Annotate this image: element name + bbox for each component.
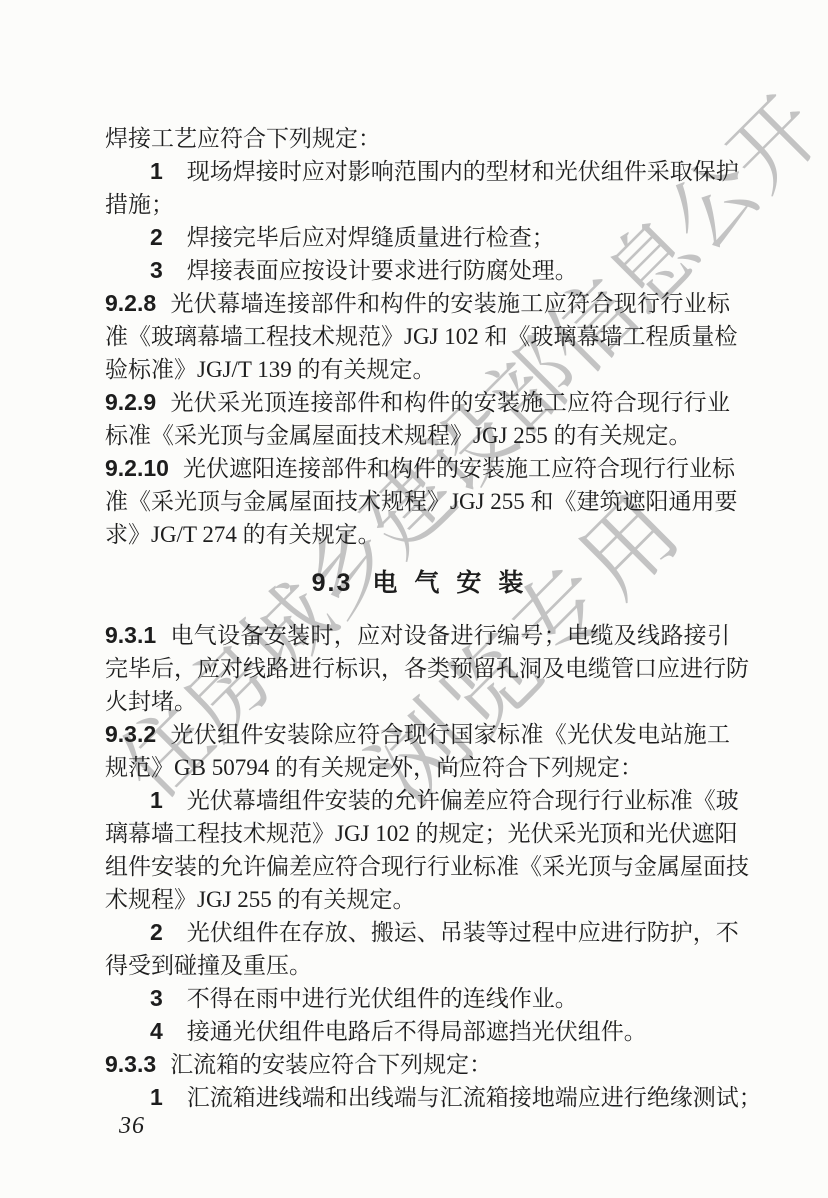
item-number: 4 [150,1018,163,1044]
text-line: 完毕后，应对线路进行标识，各类预留孔洞及电缆管口应进行防 [105,652,730,685]
line-text: 光伏幕墙连接部件和构件的安装施工应符合现行行业标 [170,291,730,316]
item-number: 3 [150,257,163,283]
text-line: 9.3.2光伏组件安装除应符合现行国家标准《光伏发电站施工 [105,718,730,751]
text-line: 1光伏幕墙组件安装的允许偏差应符合现行行业标准《玻 [105,784,730,817]
line-text: 电气设备安装时，应对设备进行编号；电缆及线路接引 [170,623,730,648]
clause-number: 9.3.1 [105,622,156,648]
text-line: 9.3.1电气设备安装时，应对设备进行编号；电缆及线路接引 [105,619,730,652]
line-text: 现场焊接时应对影响范围内的型材和光伏组件采取保护 [187,159,739,184]
line-text: 汇流箱进线端和出线端与汇流箱接地端应进行绝缘测试； [187,1085,762,1110]
line-text: 措施； [105,192,174,217]
text-line: 组件安装的允许偏差应符合现行行业标准《采光顶与金属屋面技 [105,850,730,883]
text-line: 规范》GB 50794 的有关规定外，尚应符合下列规定： [105,751,730,784]
line-text: 光伏幕墙组件安装的允许偏差应符合现行行业标准《玻 [187,788,739,813]
text-line: 准《采光顶与金属屋面技术规程》JGJ 255 和《建筑遮阳通用要 [105,485,730,518]
text-line: 准《玻璃幕墙工程技术规范》JGJ 102 和《玻璃幕墙工程质量检 [105,320,730,353]
item-number: 1 [150,787,163,813]
text-line: 璃幕墙工程技术规范》JGJ 102 的规定；光伏采光顶和光伏遮阳 [105,817,730,850]
text-line: 9.2.8光伏幕墙连接部件和构件的安装施工应符合现行行业标 [105,287,730,320]
item-number: 1 [150,1084,163,1110]
line-text: 焊接工艺应符合下列规定： [105,126,381,151]
text-line: 1现场焊接时应对影响范围内的型材和光伏组件采取保护 [105,155,730,188]
item-number: 2 [150,224,163,250]
text-line: 求》JG/T 274 的有关规定。 [105,518,730,551]
line-text: 光伏组件在存放、搬运、吊装等过程中应进行防护，不 [187,920,739,945]
text-line: 措施； [105,188,730,221]
line-text: 准《玻璃幕墙工程技术规范》JGJ 102 和《玻璃幕墙工程质量检 [105,324,738,349]
item-number: 3 [150,985,163,1011]
clause-number: 9.3.2 [105,721,156,747]
clause-number: 9.2.10 [105,455,169,481]
line-text: 验标准》JGJ/T 139 的有关规定。 [105,357,436,382]
text-line: 焊接工艺应符合下列规定： [105,122,730,155]
line-text: 规范》GB 50794 的有关规定外，尚应符合下列规定： [105,755,643,780]
text-line: 验标准》JGJ/T 139 的有关规定。 [105,353,730,386]
heading-number: 9.3 [312,569,353,597]
text-line: 得受到碰撞及重压。 [105,949,730,982]
section-heading: 9.3电气安装 [105,567,730,600]
line-text: 术规程》JGJ 255 的有关规定。 [105,887,416,912]
text-line: 9.2.10光伏遮阳连接部件和构件的安装施工应符合现行行业标 [105,452,730,485]
clause-number: 9.2.8 [105,290,156,316]
page-number: 36 [119,1113,145,1140]
document-page: 住房城乡建设部信息公开 浏览专用 焊接工艺应符合下列规定：1现场焊接时应对影响范… [0,0,828,1198]
clause-number: 9.2.9 [105,389,156,415]
item-number: 2 [150,919,163,945]
line-text: 焊接完毕后应对焊缝质量进行检查； [187,225,555,250]
text-line: 2焊接完毕后应对焊缝质量进行检查； [105,221,730,254]
text-line: 4接通光伏组件电路后不得局部遮挡光伏组件。 [105,1015,730,1048]
text-line: 3不得在雨中进行光伏组件的连线作业。 [105,982,730,1015]
item-number: 1 [150,158,163,184]
text-line: 火封堵。 [105,685,730,718]
text-line: 9.3.3汇流箱的安装应符合下列规定： [105,1048,730,1081]
text-line: 2光伏组件在存放、搬运、吊装等过程中应进行防护，不 [105,916,730,949]
line-text: 完毕后，应对线路进行标识，各类预留孔洞及电缆管口应进行防 [105,656,749,681]
line-text: 璃幕墙工程技术规范》JGJ 102 的规定；光伏采光顶和光伏遮阳 [105,821,738,846]
line-text: 光伏遮阳连接部件和构件的安装施工应符合现行行业标 [183,456,735,481]
text-line: 9.2.9光伏采光顶连接部件和构件的安装施工应符合现行行业 [105,386,730,419]
line-text: 汇流箱的安装应符合下列规定： [170,1052,492,1077]
clause-number: 9.3.3 [105,1051,156,1077]
heading-title: 电气安装 [372,569,540,597]
line-text: 光伏采光顶连接部件和构件的安装施工应符合现行行业 [170,390,730,415]
line-text: 得受到碰撞及重压。 [105,953,312,978]
line-text: 组件安装的允许偏差应符合现行行业标准《采光顶与金属屋面技 [105,854,749,879]
line-text: 接通光伏组件电路后不得局部遮挡光伏组件。 [187,1019,647,1044]
page-body-text: 焊接工艺应符合下列规定：1现场焊接时应对影响范围内的型材和光伏组件采取保护措施；… [105,122,730,1114]
text-line: 3焊接表面应按设计要求进行防腐处理。 [105,254,730,287]
line-text: 火封堵。 [105,689,197,714]
line-text: 标准《采光顶与金属屋面技术规程》JGJ 255 的有关规定。 [105,423,692,448]
text-line: 标准《采光顶与金属屋面技术规程》JGJ 255 的有关规定。 [105,419,730,452]
line-text: 求》JG/T 274 的有关规定。 [105,522,381,547]
line-text: 光伏组件安装除应符合现行国家标准《光伏发电站施工 [170,722,730,747]
line-text: 焊接表面应按设计要求进行防腐处理。 [187,258,578,283]
line-text: 不得在雨中进行光伏组件的连线作业。 [187,986,578,1011]
line-text: 准《采光顶与金属屋面技术规程》JGJ 255 和《建筑遮阳通用要 [105,489,738,514]
text-line: 1汇流箱进线端和出线端与汇流箱接地端应进行绝缘测试； [105,1081,730,1114]
text-line: 术规程》JGJ 255 的有关规定。 [105,883,730,916]
